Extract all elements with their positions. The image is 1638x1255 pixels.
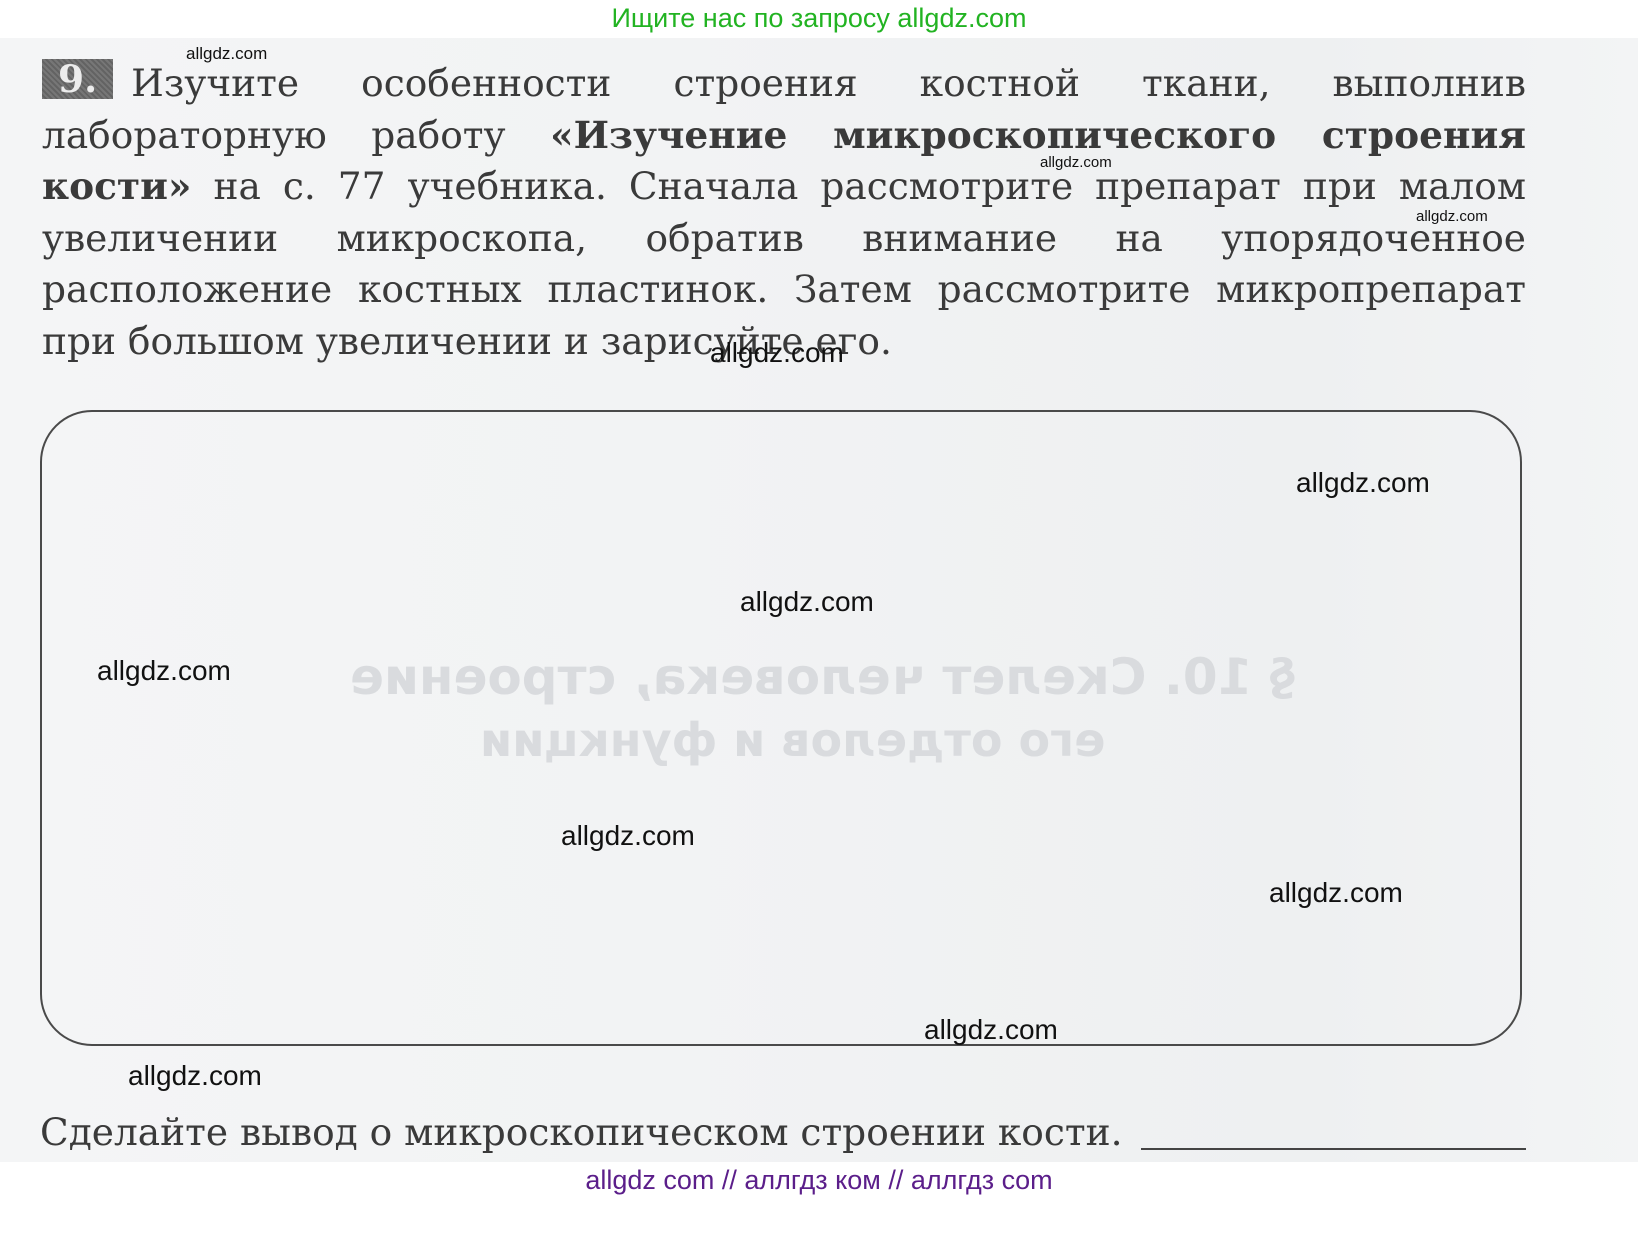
task-9: 9.Изучите особенности строения костной т… [42,58,1526,367]
top-banner: Ищите нас по запросу allgdz.com [0,0,1638,38]
watermark: allgdz.com [1416,208,1488,225]
task-text-after: на с. 77 учебника. Сначала рассмотрите п… [42,164,1526,363]
watermark: allgdz.com [924,1014,1058,1046]
task-number-badge: 9. [42,59,113,99]
conclusion-prompt: Сделайте вывод о микроскопическом строен… [40,1106,1123,1158]
watermark: allgdz.com [1040,154,1112,171]
conclusion-answer-line[interactable] [1141,1148,1526,1150]
conclusion-row: Сделайте вывод о микроскопическом строен… [40,1106,1526,1158]
watermark: allgdz.com [710,337,844,369]
watermark: allgdz.com [128,1060,262,1092]
watermark: allgdz.com [740,586,874,618]
bottom-banner: allgdz com // аллгдз ком // аллгдз com [0,1162,1638,1202]
watermark: allgdz.com [1269,877,1403,909]
watermark: allgdz.com [186,44,267,64]
drawing-area[interactable] [40,410,1522,1046]
watermark: allgdz.com [561,820,695,852]
watermark: allgdz.com [1296,467,1430,499]
watermark: allgdz.com [97,655,231,687]
